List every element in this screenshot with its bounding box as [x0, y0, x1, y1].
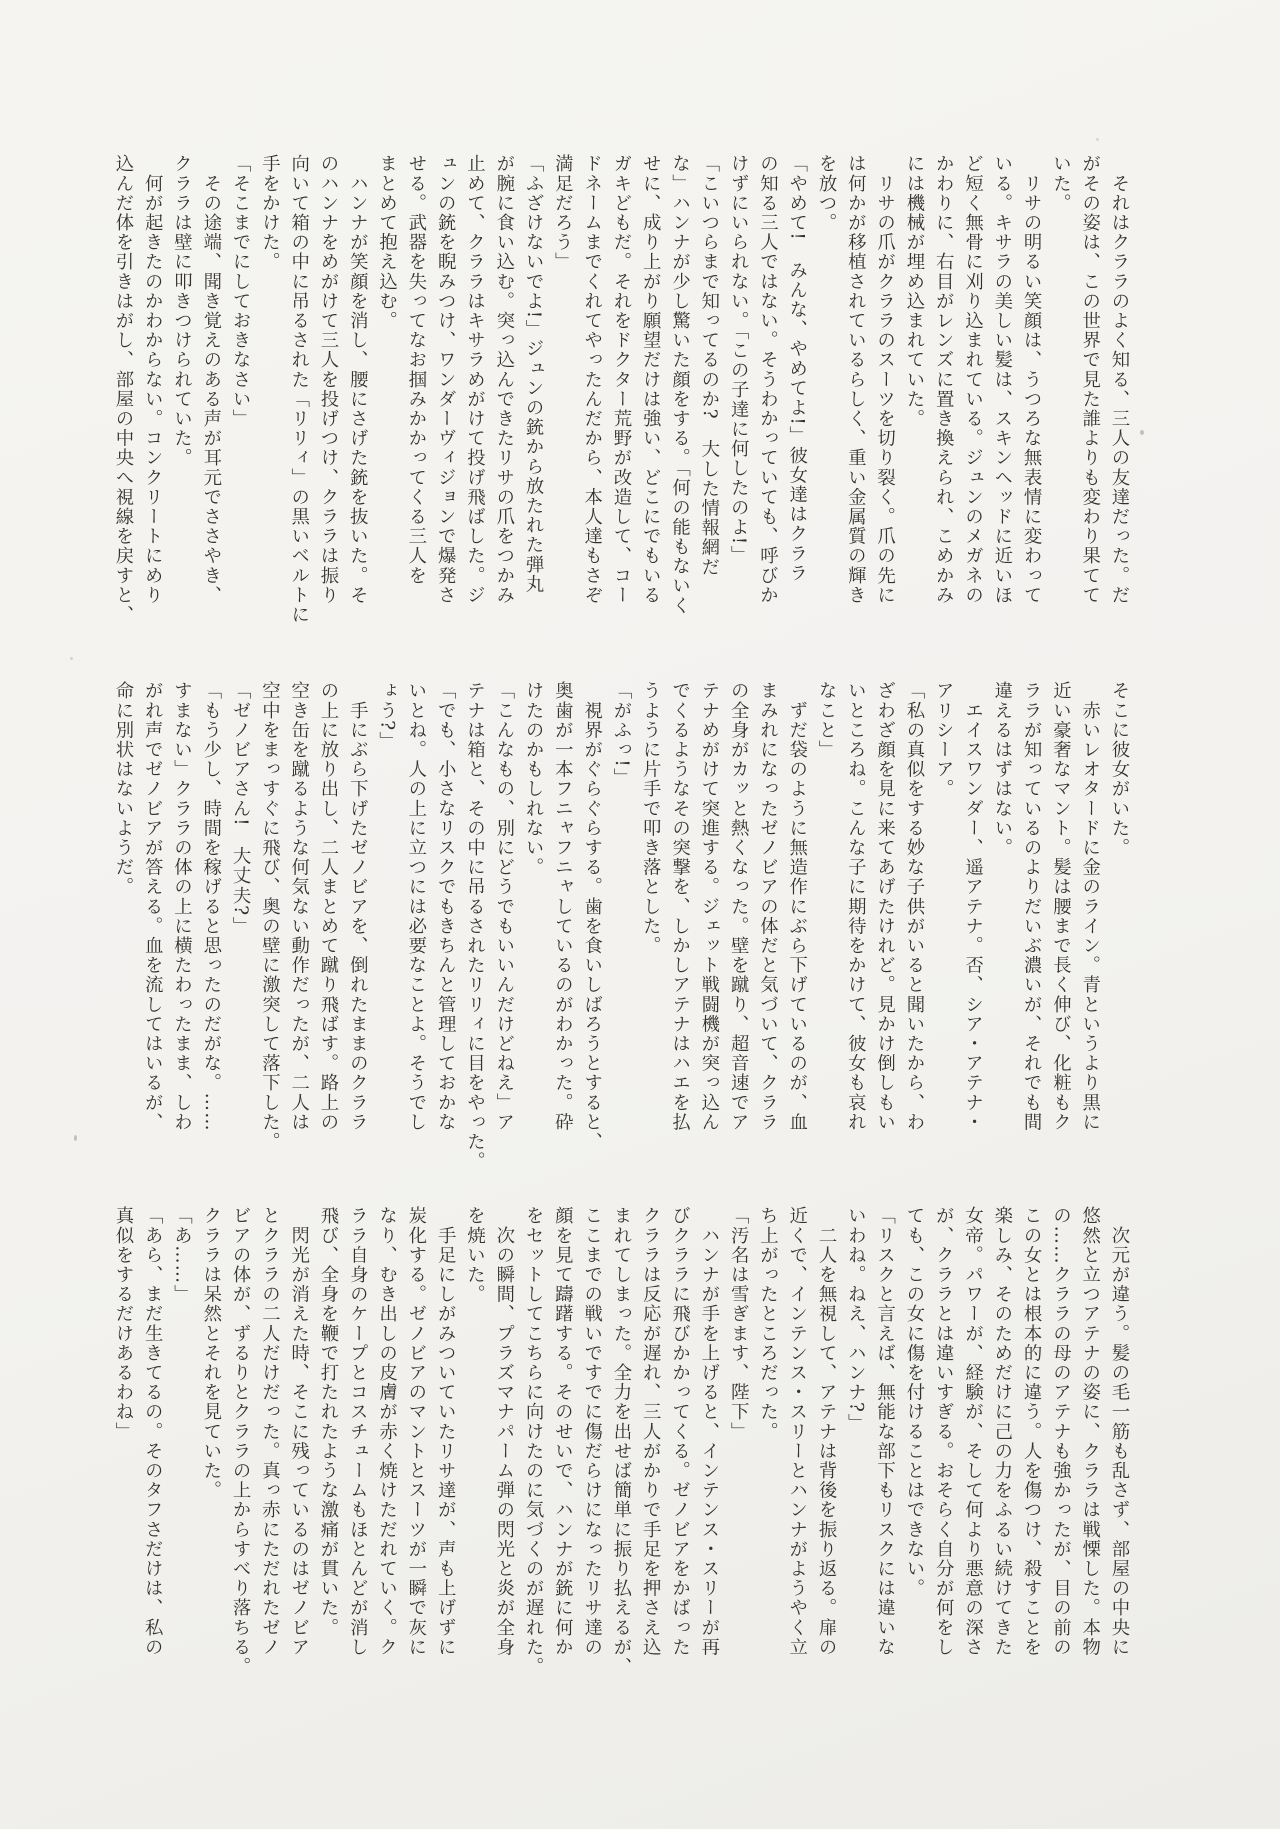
text-block-2: そこに彼女がいた。 赤いレオタードに金のライン。青というより黒に 近い豪奢なマン… [109, 681, 1134, 1157]
scan-speck [1140, 430, 1144, 435]
text-block-1: それはクララのよく知る、三人の友達だった。だ がその姿は、この世界で見た誰よりも… [109, 154, 1134, 630]
scanned-page: それはクララのよく知る、三人の友達だった。だ がその姿は、この世界で見た誰よりも… [0, 0, 1280, 1829]
scan-speck [1096, 138, 1099, 141]
scan-speck [74, 1135, 77, 1141]
scan-speck [70, 657, 73, 660]
text-block-3: 次元が違う。髪の毛一筋も乱さず、部屋の中央に 悠然と立つアテナの姿に、クララは戦… [109, 1206, 1134, 1682]
